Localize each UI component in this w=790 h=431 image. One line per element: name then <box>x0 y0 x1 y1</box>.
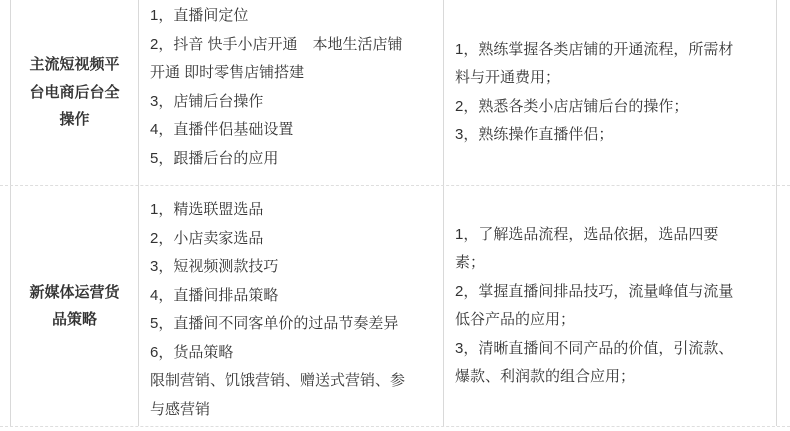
content-item: 4，直播间排品策略 <box>150 282 415 311</box>
row2-title-cell: 新媒体运营货品策略 <box>11 186 138 426</box>
objective-item: 3，熟练操作直播伴侣； <box>455 121 734 150</box>
table-border-right <box>776 0 777 426</box>
row2-title: 新媒体运营货品策略 <box>24 279 125 334</box>
objective-item: 2，掌握直播间排品技巧，流量峰值与流量低谷产品的应用； <box>455 278 734 335</box>
row1-title: 主流短视频平台电商后台全操作 <box>24 51 125 134</box>
row2-content-cell: 1，精选联盟选品 2，小店卖家选品 3，短视频测款技巧 4，直播间排品策略 5，… <box>139 196 443 424</box>
row2-objective-cell: 1，了解选品流程，选品依据，选品四要素； 2，掌握直播间排品技巧，流量峰值与流量… <box>444 186 776 426</box>
content-item: 1，直播间定位 <box>150 2 415 31</box>
objective-item: 2，熟悉各类小店店铺后台的操作； <box>455 93 734 122</box>
course-outline-table: 主流短视频平台电商后台全操作 1，直播间定位 2，抖音 快手小店开通 本地生活店… <box>0 0 790 431</box>
content-item: 限制营销、饥饿营销、赠送式营销、参与感营销 <box>150 367 415 424</box>
objective-item: 1，熟练掌握各类店铺的开通流程，所需材料与开通费用； <box>455 36 734 93</box>
content-item: 2，抖音 快手小店开通 本地生活店铺开通 即时零售店铺搭建 <box>150 31 415 88</box>
row1-title-cell: 主流短视频平台电商后台全操作 <box>11 0 138 185</box>
content-item: 2，小店卖家选品 <box>150 225 415 254</box>
content-item: 5，直播间不同客单价的过品节奏差异 <box>150 310 415 339</box>
content-item: 3，店铺后台操作 <box>150 88 415 117</box>
row1-content-cell: 1，直播间定位 2，抖音 快手小店开通 本地生活店铺开通 即时零售店铺搭建 3，… <box>139 2 443 173</box>
objective-item: 1，了解选品流程，选品依据，选品四要素； <box>455 221 734 278</box>
content-item: 1，精选联盟选品 <box>150 196 415 225</box>
table-border-bottom <box>0 426 790 427</box>
content-item: 4，直播伴侣基础设置 <box>150 116 415 145</box>
row1-objective-cell: 1，熟练掌握各类店铺的开通流程，所需材料与开通费用； 2，熟悉各类小店店铺后台的… <box>444 0 776 185</box>
content-item: 5，跟播后台的应用 <box>150 145 415 174</box>
content-item: 6，货品策略 <box>150 339 415 368</box>
content-item: 3，短视频测款技巧 <box>150 253 415 282</box>
objective-item: 3，清晰直播间不同产品的价值，引流款、爆款、利润款的组合应用； <box>455 335 734 392</box>
